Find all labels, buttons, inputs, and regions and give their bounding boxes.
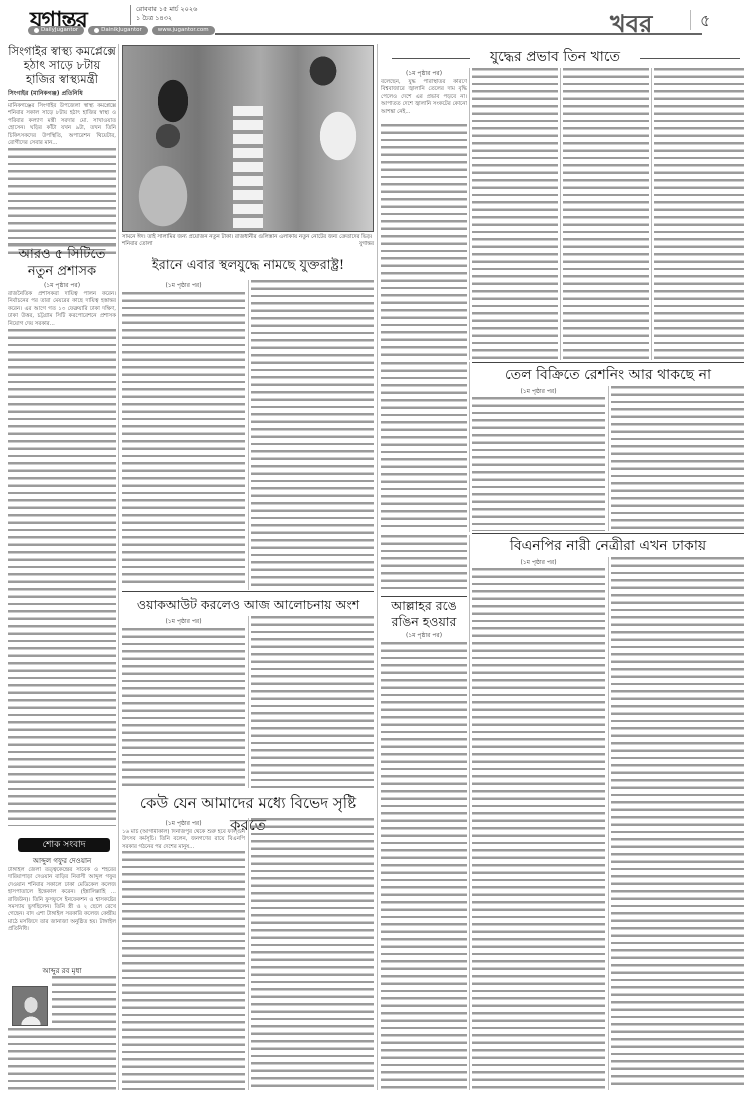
social-links: DailyJugantor DainikJugantor www.juganto…: [28, 26, 215, 35]
article-body: [472, 397, 605, 531]
article-war-col4: [654, 68, 744, 360]
article-body: [251, 280, 374, 590]
article-war-col3: [563, 68, 649, 360]
article-walkout-col2: [251, 616, 374, 788]
date-gregorian: রোববার ১৫ মার্চ ২০২৬: [136, 5, 197, 14]
column-rule: [118, 44, 119, 1090]
facebook-link[interactable]: DainikJugantor: [88, 26, 148, 35]
article-body: মানিকগঞ্জের সিংগাইর উপজেলা স্বাস্থ্য কমপ…: [8, 103, 116, 147]
obituary-section-title: শোক সংবাদ: [18, 838, 110, 852]
divider: [472, 533, 744, 534]
article-body: রাজনৈতিক প্রশাসকরা দায়িত্ব পালন করেন। ন…: [8, 291, 116, 328]
logo-divider: [130, 5, 131, 25]
issue-date: রোববার ১৫ মার্চ ২০২৬ ১ চৈত্র ১৪৩২: [136, 5, 197, 23]
column-rule: [560, 68, 561, 360]
article-war-col2: [472, 68, 558, 360]
headline-rule-right: [640, 58, 740, 59]
twitter-icon: [34, 28, 39, 33]
obituary-body-side: [52, 976, 116, 1026]
money-stacks: [233, 106, 263, 231]
article-body: [381, 362, 467, 532]
continued-label: (১ম পৃষ্ঠার পর): [472, 557, 605, 568]
article-lead: ১৬ মার্চ (আগামীকাল) দিনাজপুর থেকে শুরু হ…: [122, 829, 245, 851]
headline-bnp-women: বিএনপির নারী নেত্রীরা এখন ঢাকায়: [472, 536, 744, 556]
obituary-1: আব্দুল গফুর দেওয়ান টাঙ্গাইল জেলা তত্ত্ব…: [8, 855, 116, 947]
continued-label: (১ম পৃষ্ঠার পর): [122, 280, 245, 291]
article-body-continued: [381, 124, 467, 360]
article-body: [611, 386, 744, 531]
article-walkout-col1: (১ম পৃষ্ঠার পর): [122, 616, 245, 788]
column-rule: [651, 68, 652, 360]
obituary-portrait: [12, 986, 48, 1026]
section-divider: [690, 10, 691, 30]
continued-label: (১ম পৃষ্ঠার পর): [122, 818, 245, 829]
obituary-body: টাঙ্গাইল জেলা তত্ত্বকেন্দ্রের সাবেক ও শহ…: [8, 867, 116, 947]
news-photo: [122, 45, 374, 232]
article-bnp-col2: [611, 557, 744, 1090]
column-rule: [248, 616, 249, 788]
headline: সিংগাইর স্বাস্থ্য কমপ্লেক্সে হঠাৎ সাড়ে …: [8, 44, 116, 86]
article-body: [654, 68, 744, 360]
article-bnp-col1: (১ম পৃষ্ঠার পর): [472, 557, 605, 1090]
column-rule: [469, 362, 470, 532]
column-rule: [469, 535, 470, 1090]
headline-iran: ইরানে এবার স্থলযুদ্ধে নামছে যুক্তরাষ্ট্র…: [122, 257, 374, 275]
article-body-continued: [8, 329, 116, 826]
obituary-text: [8, 1028, 116, 1090]
obituary-name: আব্দুল গফুর দেওয়ান: [8, 855, 116, 867]
article-allah-color: আল্লাহর রঙে রঙিন হওয়ার (১ম পৃষ্ঠার পর): [381, 598, 467, 1090]
continued-label: (১ম পৃষ্ঠার পর): [8, 280, 116, 291]
article-iran-col1: (১ম পৃষ্ঠার পর): [122, 280, 245, 585]
obituary-text: [52, 976, 116, 1026]
column-rule: [608, 386, 609, 531]
column-rule: [469, 68, 470, 360]
article-body: [122, 851, 245, 1090]
continued-label: (১ম পৃষ্ঠার পর): [381, 630, 467, 641]
website-link[interactable]: www.jugantor.com: [152, 26, 215, 35]
headline-oil-rationing: তেল বিক্রিতে রেশনিং আর থাকছে না: [472, 365, 744, 385]
headline: আরও ৫ সিটিতে নতুন প্রশাসক: [8, 246, 116, 280]
divider: [381, 596, 467, 597]
article-singair: সিংগাইর স্বাস্থ্য কমপ্লেক্সে হঠাৎ সাড়ে …: [8, 44, 116, 258]
headline-war-impact: যুদ্ধের প্রভাব তিন খাতে: [470, 47, 640, 67]
obituary-body-bottom: [8, 1028, 116, 1090]
column-rule: [248, 818, 249, 1090]
article-body: [381, 642, 467, 1090]
column-rule: [608, 557, 609, 1090]
headline-walkout: ওয়াকআউট করলেও আজ আলোচনায় অংশ: [122, 596, 374, 613]
photo-caption: সামনে ঈদ। তাই সালামির জন্য প্রয়োজন নতুন…: [122, 234, 374, 248]
article-body: [611, 557, 744, 1090]
article-division-col2: [251, 818, 374, 1090]
article-body: বলেছেন, যুদ্ধ পরিস্থিতির কারণে বিশ্ববাজা…: [381, 79, 467, 124]
article-war-col1: (১ম পৃষ্ঠার পর) বলেছেন, যুদ্ধ পরিস্থিতির…: [381, 68, 467, 360]
column-rule: [377, 44, 378, 1090]
photo-credit: যুগান্তর: [359, 241, 374, 248]
article-body-continued: [8, 148, 116, 258]
date-bengali: ১ চৈত্র ১৪৩২: [136, 14, 197, 23]
article-division-col1: (১ম পৃষ্ঠার পর) ১৬ মার্চ (আগামীকাল) দিনা…: [122, 818, 245, 1090]
divider: [122, 591, 374, 592]
page-number: ৫: [700, 8, 710, 35]
article-body: [381, 535, 467, 593]
column-rule: [248, 280, 249, 590]
article-body: [122, 628, 245, 788]
section-title: খবর: [610, 6, 652, 46]
continued-label: (১ম পৃষ্ঠার পর): [381, 68, 467, 79]
divider: [8, 243, 116, 244]
masthead: যুগান্তর রোববার ১৫ মার্চ ২০২৬ ১ চৈত্র ১৪…: [0, 0, 751, 42]
article-body: [251, 818, 374, 1090]
continued-label: (১ম পৃষ্ঠার পর): [472, 386, 605, 397]
article-oil-col2: [611, 386, 744, 531]
article-body: [472, 68, 558, 360]
article-iran-col2: [251, 280, 374, 590]
article-body: [122, 292, 245, 585]
article-war-col1-continued: [381, 362, 467, 532]
facebook-icon: [94, 28, 99, 33]
twitter-link[interactable]: DailyJugantor: [28, 26, 84, 35]
continued-label: (১ম পৃষ্ঠার পর): [122, 616, 245, 627]
article-new-admin: আরও ৫ সিটিতে নতুন প্রশাসক (১ম পৃষ্ঠার পর…: [8, 246, 116, 826]
article-body: [472, 568, 605, 1090]
article-body: [563, 68, 649, 360]
article-oil-col1: (১ম পৃষ্ঠার পর): [472, 386, 605, 531]
headline: আল্লাহর রঙে রঙিন হওয়ার: [381, 598, 467, 630]
byline: সিংগাইর (মানিকগঞ্জ) প্রতিনিধি: [8, 88, 116, 101]
divider: [472, 362, 744, 363]
article-body: [251, 616, 374, 788]
article-war-col1-end: [381, 535, 467, 593]
